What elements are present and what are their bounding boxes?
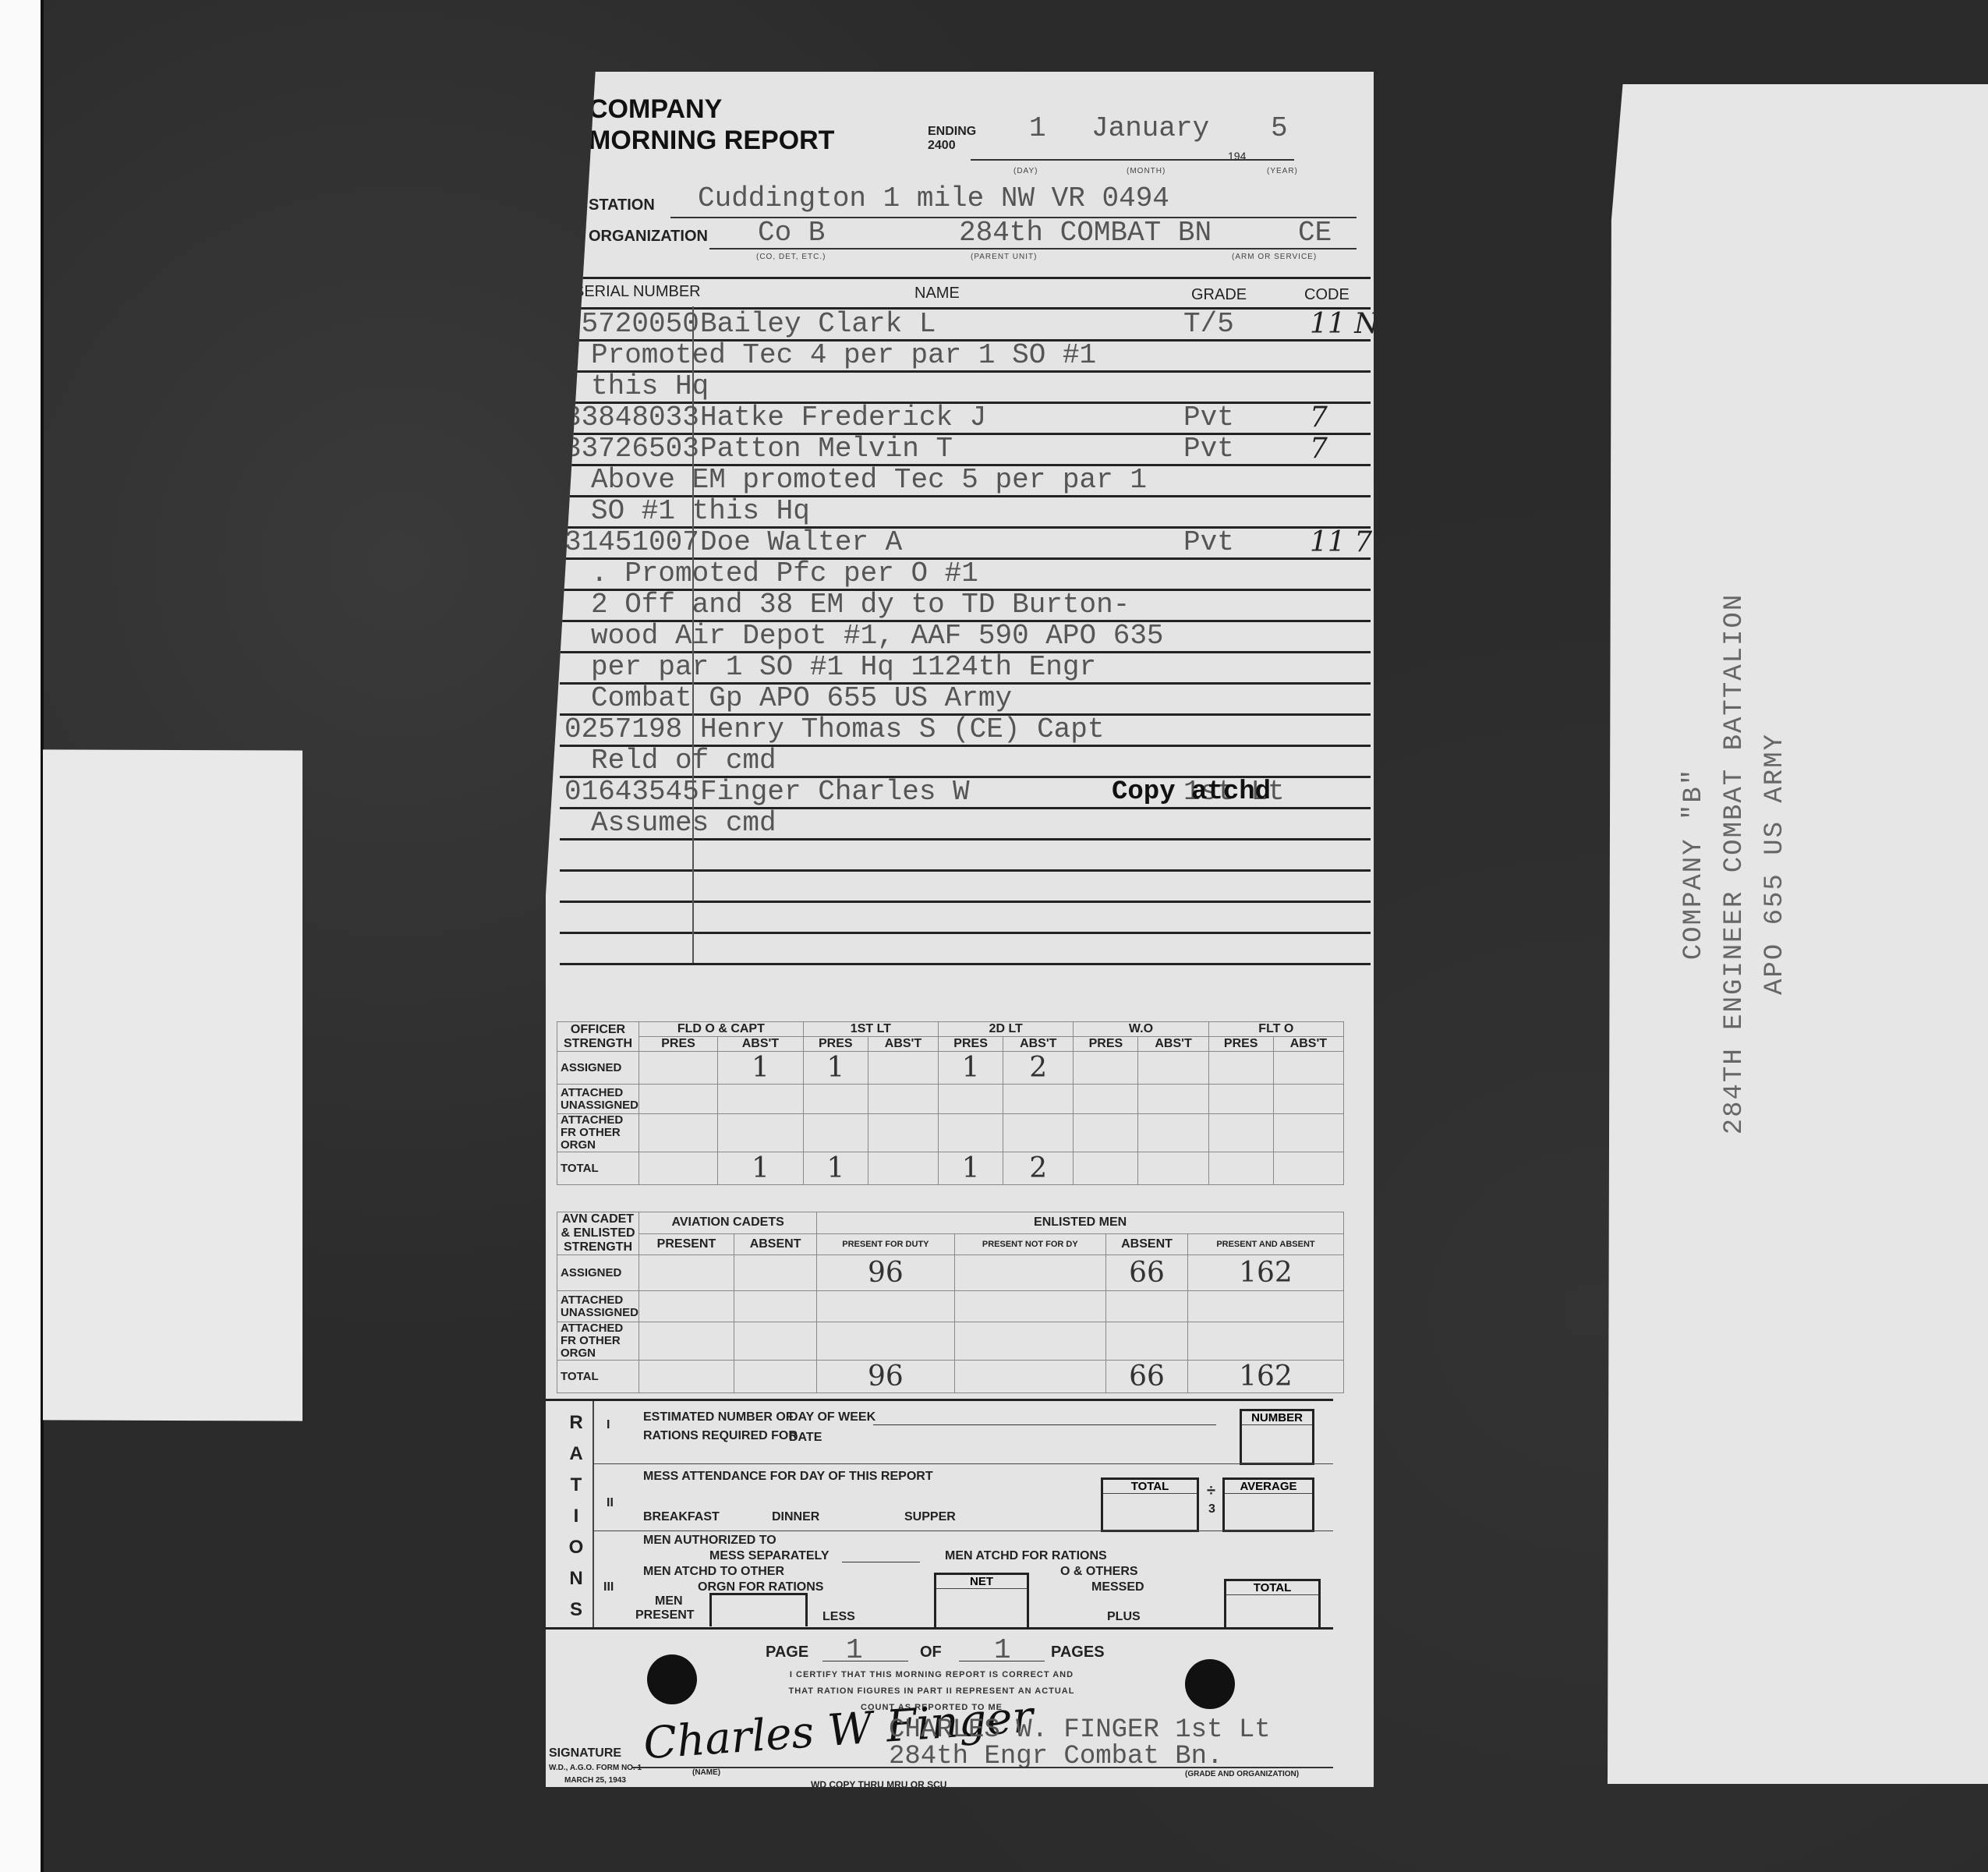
officer-group: W.O [1074, 1022, 1208, 1037]
entry-row: 2 Off and 38 EM dy to TD Burton- [560, 587, 1371, 622]
officer-cell [1208, 1152, 1273, 1185]
sec1-num: I [607, 1418, 610, 1432]
officer-cell [718, 1114, 804, 1152]
right-envelope [1608, 84, 1988, 1784]
officer-cell [1138, 1085, 1208, 1114]
entry-row: per par 1 SO #1 Hq 1124th Engr [560, 649, 1371, 685]
form-date: MARCH 25, 1943 [564, 1776, 626, 1785]
officer-subcol: ABS'T [1273, 1037, 1343, 1052]
divide-sign: ÷ [1207, 1482, 1215, 1500]
col-name: NAME [914, 285, 960, 303]
station-value: Cuddington 1 mile NW VR 0494 [698, 182, 1169, 214]
entry-row: Above EM promoted Tec 5 per par 1 [560, 462, 1371, 497]
enlisted-cell [734, 1255, 816, 1291]
ending-day: 1 [1029, 112, 1046, 144]
plus-label: PLUS [1107, 1610, 1141, 1624]
officer-cell [1273, 1152, 1343, 1185]
officer-cell [868, 1152, 938, 1185]
entry-row: wood Air Depot #1, AAF 590 APO 635 [560, 618, 1371, 653]
officer-row: ATTACHED UNASSIGNED [557, 1085, 1344, 1114]
officer-cell [1074, 1085, 1138, 1114]
entry-row: Reld of cmd [560, 743, 1371, 778]
entry-code: 11 7 [1310, 526, 1372, 558]
enlisted-cell [1106, 1291, 1188, 1322]
entry-row: Assumes cmd [560, 805, 1371, 840]
officer-subcol: PRES [803, 1037, 868, 1052]
enlisted-row-label: ATTACHED FR OTHER ORGN [557, 1322, 639, 1361]
entry-name: . Promoted Pfc per O #1 [591, 557, 978, 589]
enlisted-col: ABSENT [734, 1233, 816, 1255]
day-of-week-label: DAY OF WEEK [789, 1410, 875, 1424]
enlisted-cell [639, 1322, 734, 1361]
enlisted-row-label: ASSIGNED [557, 1255, 639, 1291]
number-box[interactable]: NUMBER [1240, 1409, 1314, 1465]
officer-group: FLT O [1208, 1022, 1343, 1037]
stamp-line-3: APO 655 US ARMY [1755, 583, 1795, 1145]
officer-row: ATTACHED FR OTHER ORGN [557, 1114, 1344, 1152]
officer-cell [1208, 1085, 1273, 1114]
o-others-2: MESSED [1091, 1580, 1144, 1594]
form-number: W.D., A.G.O. FORM NO. 1 [549, 1764, 642, 1772]
left-blank-card [43, 749, 302, 1421]
mess-attendance-label: MESS ATTENDANCE FOR DAY OF THIS REPORT [643, 1470, 933, 1484]
officer-cell [868, 1052, 938, 1085]
officer-group: 2D LT [939, 1022, 1074, 1037]
entry-name: 2 Off and 38 EM dy to TD Burton- [591, 589, 1130, 621]
date-label: DATE [789, 1431, 822, 1445]
entry-grade: Pvt [1183, 526, 1234, 558]
stamp-line-2: 284TH ENGINEER COMBAT BATTALION [1714, 583, 1755, 1145]
officer-cell [939, 1085, 1003, 1114]
name-sub: (NAME) [692, 1768, 720, 1777]
morning-report-form: COMPANY MORNING REPORT ENDING 2400 1 Jan… [546, 72, 1374, 1787]
pages-label: PAGES [1051, 1644, 1105, 1661]
entry-name: SO #1 this Hq [591, 495, 810, 527]
serial-number: 31451007 [564, 526, 699, 558]
enlisted-cell: 66 [1106, 1361, 1188, 1393]
serial-number: 33848033 [564, 402, 699, 433]
col-grade: GRADE [1191, 286, 1247, 304]
entry-code: 7 [1310, 402, 1328, 433]
sec2-num: II [607, 1496, 614, 1510]
station-label: STATION [589, 196, 655, 214]
serial-number: 0257198 [564, 713, 682, 745]
officer-strength-title: OFFICER STRENGTH [557, 1022, 639, 1052]
number-box-label: NUMBER [1242, 1411, 1312, 1425]
grade-sub: (GRADE AND ORGANIZATION) [1185, 1770, 1299, 1778]
enlisted-cell: 96 [817, 1255, 954, 1291]
men-present-2: PRESENT [635, 1608, 695, 1623]
entry-grade: T/5 [1183, 308, 1234, 340]
officer-cell [1003, 1085, 1074, 1114]
cert-line-2: THAT RATION FIGURES IN PART II REPRESENT… [741, 1683, 1123, 1700]
rations-total-box[interactable]: TOTAL [1224, 1579, 1321, 1630]
rations-letter: N [568, 1563, 585, 1594]
sub-month: (MONTH) [1127, 167, 1166, 175]
enlisted-cell [734, 1361, 816, 1393]
entry-row: this Hq [560, 369, 1371, 404]
enlisted-row-label: TOTAL [557, 1361, 639, 1393]
enlisted-cell [954, 1322, 1106, 1361]
entry-name: Assumes cmd [591, 807, 776, 839]
ending-label-2: 2400 [928, 139, 976, 153]
wd-copy-note: WD COPY THRU MRU OR SCU [811, 1779, 946, 1790]
entry-name: Henry Thomas S (CE) Capt [700, 713, 1104, 745]
enlisted-col: PRESENT [639, 1233, 734, 1255]
sec1-label-1: ESTIMATED NUMBER OF [643, 1410, 794, 1424]
typed-name: CHARLES W. FINGER 1st Lt [889, 1715, 1271, 1745]
form-title: COMPANY MORNING REPORT [589, 94, 834, 156]
officer-cell [939, 1114, 1003, 1152]
enlisted-cell [954, 1291, 1106, 1322]
officer-cell [1208, 1114, 1273, 1152]
entry-grade: Pvt [1183, 402, 1234, 433]
officer-cell: 1 [939, 1152, 1003, 1185]
sub-org-company: (CO, DET, ETC.) [756, 253, 826, 261]
men-atchd-rations-label: MEN ATCHD FOR RATIONS [945, 1549, 1107, 1563]
entry-row: SO #1 this Hq [560, 494, 1371, 529]
officer-cell [1074, 1114, 1138, 1152]
enlisted-cell [817, 1322, 954, 1361]
officer-row-label: ASSIGNED [557, 1052, 639, 1085]
enlisted-cell [1106, 1322, 1188, 1361]
sec1-label-2: RATIONS REQUIRED FOR [643, 1429, 798, 1443]
enlisted-cell [734, 1291, 816, 1322]
officer-cell [1074, 1052, 1138, 1085]
col-code: CODE [1304, 286, 1350, 304]
enlisted-strength-table: AVN CADET & ENLISTED STRENGTHAVIATION CA… [557, 1212, 1344, 1393]
rations-letter: A [568, 1439, 585, 1470]
entry-name: Hatke Frederick J [700, 402, 986, 433]
dinner-label: DINNER [772, 1510, 819, 1524]
officer-cell: 2 [1003, 1152, 1074, 1185]
form-title-line-1: COMPANY [589, 94, 834, 125]
officer-group: FLD O & CAPT [639, 1022, 804, 1037]
officer-row-label: ATTACHED FR OTHER ORGN [557, 1114, 639, 1152]
left-page-edge [0, 0, 44, 1872]
enlisted-cell [639, 1361, 734, 1393]
supper-label: SUPPER [904, 1510, 956, 1524]
officer-row: TOTAL1112 [557, 1152, 1344, 1185]
officer-cell: 1 [803, 1152, 868, 1185]
officer-cell [1138, 1114, 1208, 1152]
enlisted-cell: 96 [817, 1361, 954, 1393]
officer-cell [1138, 1152, 1208, 1185]
ending-label-1: ENDING [928, 125, 976, 139]
officer-row-label: TOTAL [557, 1152, 639, 1185]
entry-name: Finger Charles W [700, 776, 970, 808]
enlisted-col: PRESENT NOT FOR DY [954, 1233, 1106, 1255]
entry-row [560, 868, 1371, 903]
officer-cell [1074, 1152, 1138, 1185]
enlisted-strength-title: AVN CADET & ENLISTED STRENGTH [557, 1212, 639, 1255]
enlisted-col: PRESENT FOR DUTY [817, 1233, 954, 1255]
officer-strength-table: OFFICER STRENGTHFLD O & CAPT1ST LT2D LTW… [557, 1021, 1344, 1185]
org-parent: 284th COMBAT BN [959, 217, 1212, 249]
men-authorized-1: MEN AUTHORIZED TO [643, 1534, 776, 1548]
entry-name: Combat Gp APO 655 US Army [591, 682, 1012, 714]
less-label: LESS [822, 1610, 855, 1624]
average-label: AVERAGE [1225, 1480, 1312, 1494]
officer-cell [1003, 1114, 1074, 1152]
officer-cell [639, 1085, 718, 1114]
entry-code: 7 [1310, 433, 1328, 465]
officer-cell: 1 [718, 1052, 804, 1085]
officer-cell [639, 1152, 718, 1185]
officer-subcol: ABS'T [1138, 1037, 1208, 1052]
officer-cell [718, 1085, 804, 1114]
average-box[interactable]: AVERAGE [1222, 1477, 1314, 1532]
enlisted-row: TOTAL9666162 [557, 1361, 1344, 1393]
organization-label: ORGANIZATION [589, 228, 708, 246]
enlisted-row-label: ATTACHED UNASSIGNED [557, 1291, 639, 1322]
men-atchd-other-1: MEN ATCHD TO OTHER [643, 1565, 784, 1579]
enlisted-col: ABSENT [1106, 1233, 1188, 1255]
men-present-1: MEN [655, 1594, 683, 1608]
officer-subcol: PRES [939, 1037, 1003, 1052]
entry-row: 0257198Henry Thomas S (CE) Capt [560, 712, 1371, 747]
ending-month: January [1091, 112, 1209, 144]
entry-row: 33726503Patton Melvin TPvt7 [560, 431, 1371, 466]
sub-org-parent: (PARENT UNIT) [971, 253, 1037, 261]
rations-letter: R [568, 1407, 585, 1439]
officer-subcol: ABS'T [868, 1037, 938, 1052]
officer-subcol: ABS'T [718, 1037, 804, 1052]
enlisted-cell [734, 1322, 816, 1361]
enlisted-cell [954, 1361, 1106, 1393]
aviation-cadets-header: AVIATION CADETS [639, 1212, 817, 1234]
form-footer: PAGE 1 OF 1 PAGES I CERTIFY THAT THIS MO… [546, 1631, 1374, 1787]
officer-cell [1273, 1085, 1343, 1114]
entry-grade: Pvt [1183, 433, 1234, 465]
enlisted-row: ATTACHED FR OTHER ORGN [557, 1322, 1344, 1361]
rations-section: RATIONS I ESTIMATED NUMBER OF RATIONS RE… [546, 1399, 1333, 1630]
officer-cell [1273, 1052, 1343, 1085]
entry-row [560, 930, 1371, 965]
entry-row: . Promoted Pfc per O #1 [560, 556, 1371, 591]
entry-name: per par 1 SO #1 Hq 1124th Engr [591, 651, 1096, 683]
officer-cell: 1 [803, 1052, 868, 1085]
punch-hole-right [1185, 1659, 1235, 1709]
enlisted-cell [954, 1255, 1106, 1291]
entry-row: 33848033Hatke Frederick JPvt7 [560, 400, 1371, 435]
rations-letter: S [568, 1594, 585, 1626]
entry-name: Bailey Clark L [700, 308, 936, 340]
rations-letter: O [568, 1532, 585, 1563]
officer-cell [803, 1114, 868, 1152]
enlisted-row: ATTACHED UNASSIGNED [557, 1291, 1344, 1322]
rations-vertical-label: RATIONS [568, 1407, 585, 1626]
officer-row-label: ATTACHED UNASSIGNED [557, 1085, 639, 1114]
entry-row: 35720050Bailey Clark LT/511 N [560, 306, 1371, 341]
enlisted-cell: 162 [1187, 1361, 1343, 1393]
rations-total-label: TOTAL [1226, 1581, 1318, 1595]
entry-name: Reld of cmd [591, 745, 776, 777]
enlisted-cell: 66 [1106, 1255, 1188, 1291]
sec3-num: III [603, 1580, 614, 1594]
officer-cell [1208, 1052, 1273, 1085]
officer-cell: 1 [939, 1052, 1003, 1085]
entry-name: Patton Melvin T [700, 433, 953, 465]
enlisted-cell [817, 1291, 954, 1322]
officer-subcol: PRES [639, 1037, 718, 1052]
envelope-stamp: COMPANY "B" 284TH ENGINEER COMBAT BATTAL… [1674, 583, 1795, 1145]
sub-year: (YEAR) [1267, 167, 1298, 175]
o-others-1: O & OTHERS [1060, 1565, 1138, 1579]
signature-label: SIGNATURE [549, 1746, 621, 1761]
serial-number: 35720050 [564, 308, 699, 340]
entry-code: 11 N [1310, 308, 1379, 340]
entry-row: Combat Gp APO 655 US Army [560, 681, 1371, 716]
org-company: Co B [758, 217, 825, 249]
entry-name: wood Air Depot #1, AAF 590 APO 635 [591, 620, 1164, 652]
breakfast-label: BREAKFAST [643, 1510, 720, 1524]
entry-row [560, 837, 1371, 872]
enlisted-cell [639, 1255, 734, 1291]
enlisted-men-header: ENLISTED MEN [817, 1212, 1344, 1234]
officer-subcol: PRES [1074, 1037, 1138, 1052]
serial-number: 33726503 [564, 433, 699, 465]
entry-name: this Hq [591, 370, 709, 402]
cert-line-1: I CERTIFY THAT THIS MORNING REPORT IS CO… [741, 1667, 1123, 1683]
entry-row: Promoted Tec 4 per par 1 SO #1 [560, 338, 1371, 373]
enlisted-row: ASSIGNED9666162 [557, 1255, 1344, 1291]
officer-row: ASSIGNED1112 [557, 1052, 1344, 1085]
form-title-line-2: MORNING REPORT [589, 125, 834, 156]
sub-day: (DAY) [1013, 167, 1038, 175]
officer-cell [1273, 1114, 1343, 1152]
officer-cell [639, 1052, 718, 1085]
rations-letter: T [568, 1470, 585, 1501]
divide-by: 3 [1208, 1502, 1215, 1516]
officer-cell [868, 1114, 938, 1152]
serial-number: 01643545 [564, 776, 699, 808]
men-present-box[interactable] [709, 1593, 808, 1626]
enlisted-col: PRESENT AND ABSENT [1187, 1233, 1343, 1255]
net-box[interactable]: NET [934, 1573, 1029, 1628]
stamp-line-1: COMPANY "B" [1674, 583, 1714, 1145]
page-label: PAGE [766, 1644, 808, 1661]
ending-label: ENDING 2400 [928, 125, 976, 153]
entry-name: Doe Walter A [700, 526, 902, 558]
org-branch: CE [1298, 217, 1332, 249]
enlisted-cell [1187, 1322, 1343, 1361]
officer-cell [1138, 1052, 1208, 1085]
officer-cell: 2 [1003, 1052, 1074, 1085]
entry-row [560, 899, 1371, 934]
men-authorized-2: MESS SEPARATELY [709, 1549, 830, 1563]
col-serial: SERIAL NUMBER [574, 283, 701, 301]
officer-subcol: ABS'T [1003, 1037, 1074, 1052]
officer-cell: 1 [718, 1152, 804, 1185]
of-label: OF [920, 1644, 942, 1661]
entry-row: 31451007Doe Walter APvt11 7 [560, 525, 1371, 560]
officer-cell [639, 1114, 718, 1152]
entry-name: Promoted Tec 4 per par 1 SO #1 [591, 339, 1096, 371]
mess-total-box[interactable]: TOTAL [1101, 1477, 1199, 1532]
enlisted-cell [639, 1291, 734, 1322]
punch-hole-left [647, 1654, 697, 1704]
mess-total-label: TOTAL [1103, 1480, 1197, 1494]
enlisted-cell: 162 [1187, 1255, 1343, 1291]
officer-cell [868, 1085, 938, 1114]
officer-cell [803, 1085, 868, 1114]
officer-group: 1ST LT [803, 1022, 938, 1037]
entry-name: Above EM promoted Tec 5 per par 1 [591, 464, 1147, 496]
enlisted-cell [1187, 1291, 1343, 1322]
officer-subcol: PRES [1208, 1037, 1273, 1052]
rations-letter: I [568, 1501, 585, 1532]
net-label: NET [936, 1575, 1027, 1589]
copy-attached-stamp: Copy atchd [1112, 777, 1271, 807]
ending-year: 5 [1271, 112, 1288, 144]
sub-org-branch: (ARM OR SERVICE) [1232, 253, 1317, 261]
